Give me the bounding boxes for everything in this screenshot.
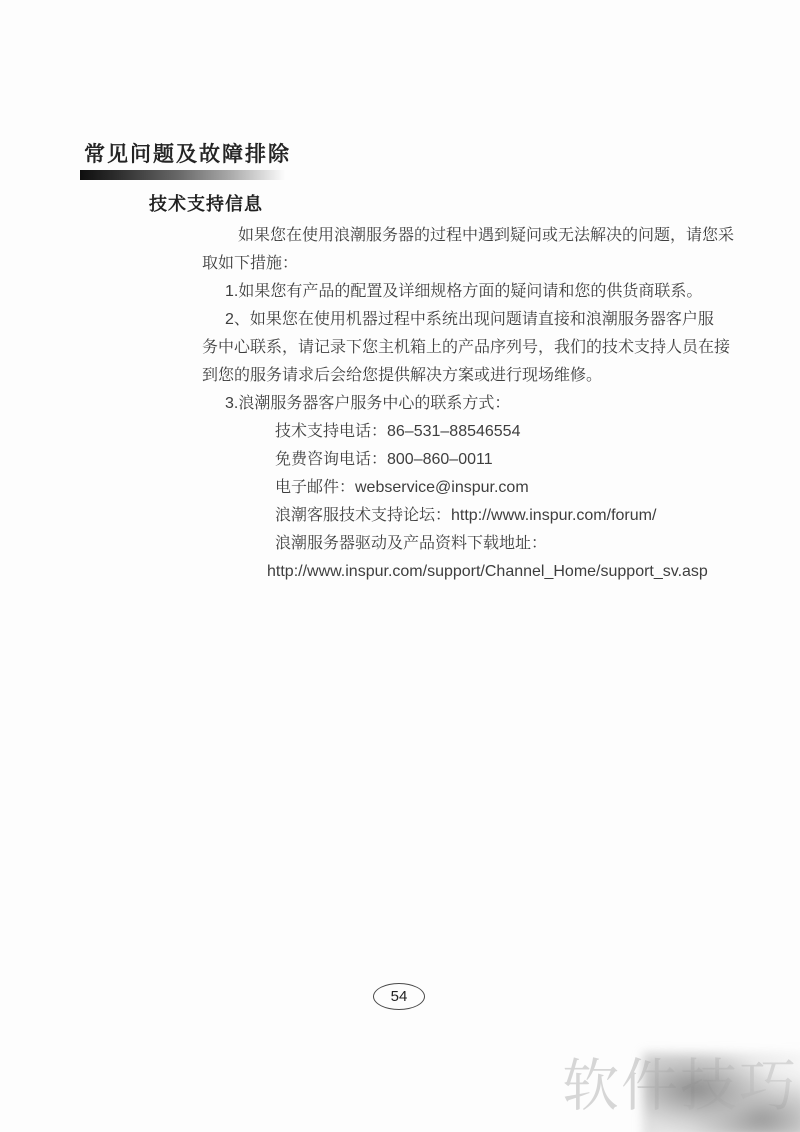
body-line: 取如下措施： [202,250,800,278]
forum-url-line: 浪潮客服技术支持论坛：http://www.inspur.com/forum/ [275,502,800,530]
page-number: 54 [391,988,408,1005]
download-url-line: http://www.inspur.com/support/Channel_Ho… [267,558,800,586]
body-line: 如果您在使用浪潮服务器的过程中遇到疑问或无法解决的问题，请您采 [238,222,800,250]
title-gradient-bar [80,170,285,180]
toll-free-phone-line: 免费咨询电话：800–860–0011 [275,446,800,474]
body-line-item-1: 1.如果您有产品的配置及详细规格方面的疑问请和您的供货商联系。 [225,278,800,306]
body-text: 如果您在使用浪潮服务器的过程中遇到疑问或无法解决的问题，请您采 取如下措施： 1… [0,222,800,586]
body-line: 到您的服务请求后会给您提供解决方案或进行现场维修。 [202,362,800,390]
tech-support-phone-line: 技术支持电话：86–531–88546554 [275,418,800,446]
page-number-badge: 54 [373,983,425,1010]
scan-smudge-blob [643,1053,800,1132]
download-label-line: 浪潮服务器驱动及产品资料下载地址： [275,530,800,558]
section-heading: 技术支持信息 [149,190,263,216]
body-line: 务中心联系，请记录下您主机箱上的产品序列号，我们的技术支持人员在接 [202,334,800,362]
email-line: 电子邮件：webservice@inspur.com [275,474,800,502]
chapter-title: 常见问题及故障排除 [84,138,291,168]
document-page: 常见问题及故障排除 技术支持信息 如果您在使用浪潮服务器的过程中遇到疑问或无法解… [0,0,800,1132]
body-line-item-2: 2、如果您在使用机器过程中系统出现问题请直接和浪潮服务器客户服 [225,306,800,334]
body-line-item-3: 3.浪潮服务器客户服务中心的联系方式： [225,390,800,418]
